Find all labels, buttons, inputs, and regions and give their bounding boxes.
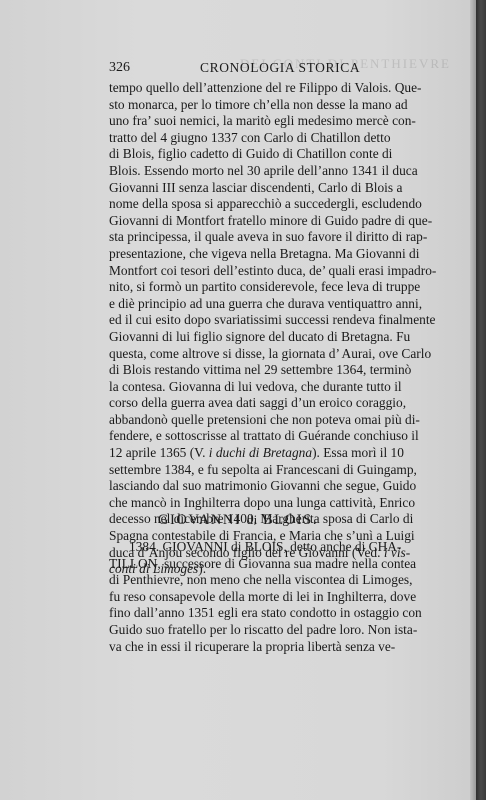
text-line: nito, si formò un partito considerevole,…	[109, 279, 349, 296]
text-line: nome della sposa si apparecchiò a succed…	[109, 196, 349, 213]
text-line: Blois. Essendo morto nel 30 aprile dell’…	[109, 163, 349, 180]
entry-text-giovanna: tempo quello dell’attenzione del re Fili…	[109, 80, 349, 578]
text-line: fino dall’anno 1351 egli era stato condo…	[109, 605, 349, 622]
running-head: CRONOLOGIA STORICA	[200, 60, 360, 76]
text-line: fendere, e sottoscrisse al trattato di G…	[109, 428, 349, 445]
text-line: 1384. GIOVANNI di BLOIS, detto anche di …	[109, 539, 349, 556]
text-line: fu reso consapevole della morte di lei i…	[109, 589, 349, 606]
text-line: di Penthievre, non meno che nella viscon…	[109, 572, 349, 589]
book-page: DEI CONTI DI PENTHIEVRE 326 CRONOLOGIA S…	[0, 0, 476, 800]
text-line: presentazione, che vigeva nella Bretagna…	[109, 246, 349, 263]
text-line: che mancò in Inghilterra dopo una lunga …	[109, 495, 349, 512]
text-line: questa, come altrove si disse, la giorna…	[109, 346, 349, 363]
text-line: tempo quello dell’attenzione del re Fili…	[109, 80, 349, 97]
text-line: Guido suo fratello per lo riscatto del p…	[109, 622, 349, 639]
text-line: va che in essi il ricuperare la propria …	[109, 639, 349, 656]
text-line: tratto del 4 giugno 1337 con Carlo di Ch…	[109, 130, 349, 147]
page-header: 326 CRONOLOGIA STORICA	[109, 60, 346, 76]
text-line: lasciando dal suo matrimonio Giovanni ch…	[109, 478, 349, 495]
book-binding-edge	[476, 0, 486, 800]
text-line: ed il cui esito dopo svariatissimi succe…	[109, 312, 349, 329]
text-line: settembre 1384, e fu sepolta ai Francesc…	[109, 462, 349, 479]
entry-text-giovanni: 1384. GIOVANNI di BLOIS, detto anche di …	[109, 539, 349, 655]
section-heading: GIOVANNI di BLOIS.	[0, 512, 476, 529]
page-number: 326	[109, 60, 130, 76]
text-line: sta principessa, il quale aveva in suo f…	[109, 229, 349, 246]
text-line: Giovanni III senza lasciar discendenti, …	[109, 180, 349, 197]
text-line: sto monarca, per lo timore ch’ella non d…	[109, 97, 349, 114]
text-line: Giovanni di Montfort fratello minore di …	[109, 213, 349, 230]
text-line-with-reference: 12 aprile 1365 (V. i duchi di Bretagna).…	[109, 445, 349, 462]
text-line: di Blois restando vittima nel 29 settemb…	[109, 362, 349, 379]
text-line: uno fra’ suoi nemici, la maritò egli med…	[109, 113, 349, 130]
text-line: Montfort coi tesori dell’estinto duca, d…	[109, 263, 349, 280]
text-line: abbandonò quelle pretensioni che non pot…	[109, 412, 349, 429]
text-line: corso della guerra avea dati saggi d’un …	[109, 395, 349, 412]
cross-reference: i duchi di Bretagna	[209, 445, 312, 460]
text-line: la contesa. Giovanna di lui vedova, che …	[109, 379, 349, 396]
text-line: TILLON, successore di Giovanna sua madre…	[109, 556, 349, 573]
text-line: e diè principio ad una guerra che durava…	[109, 296, 349, 313]
text-line: Giovanni di lui figlio signore del ducat…	[109, 329, 349, 346]
text-line: di Blois, figlio cadetto di Guido di Cha…	[109, 146, 349, 163]
